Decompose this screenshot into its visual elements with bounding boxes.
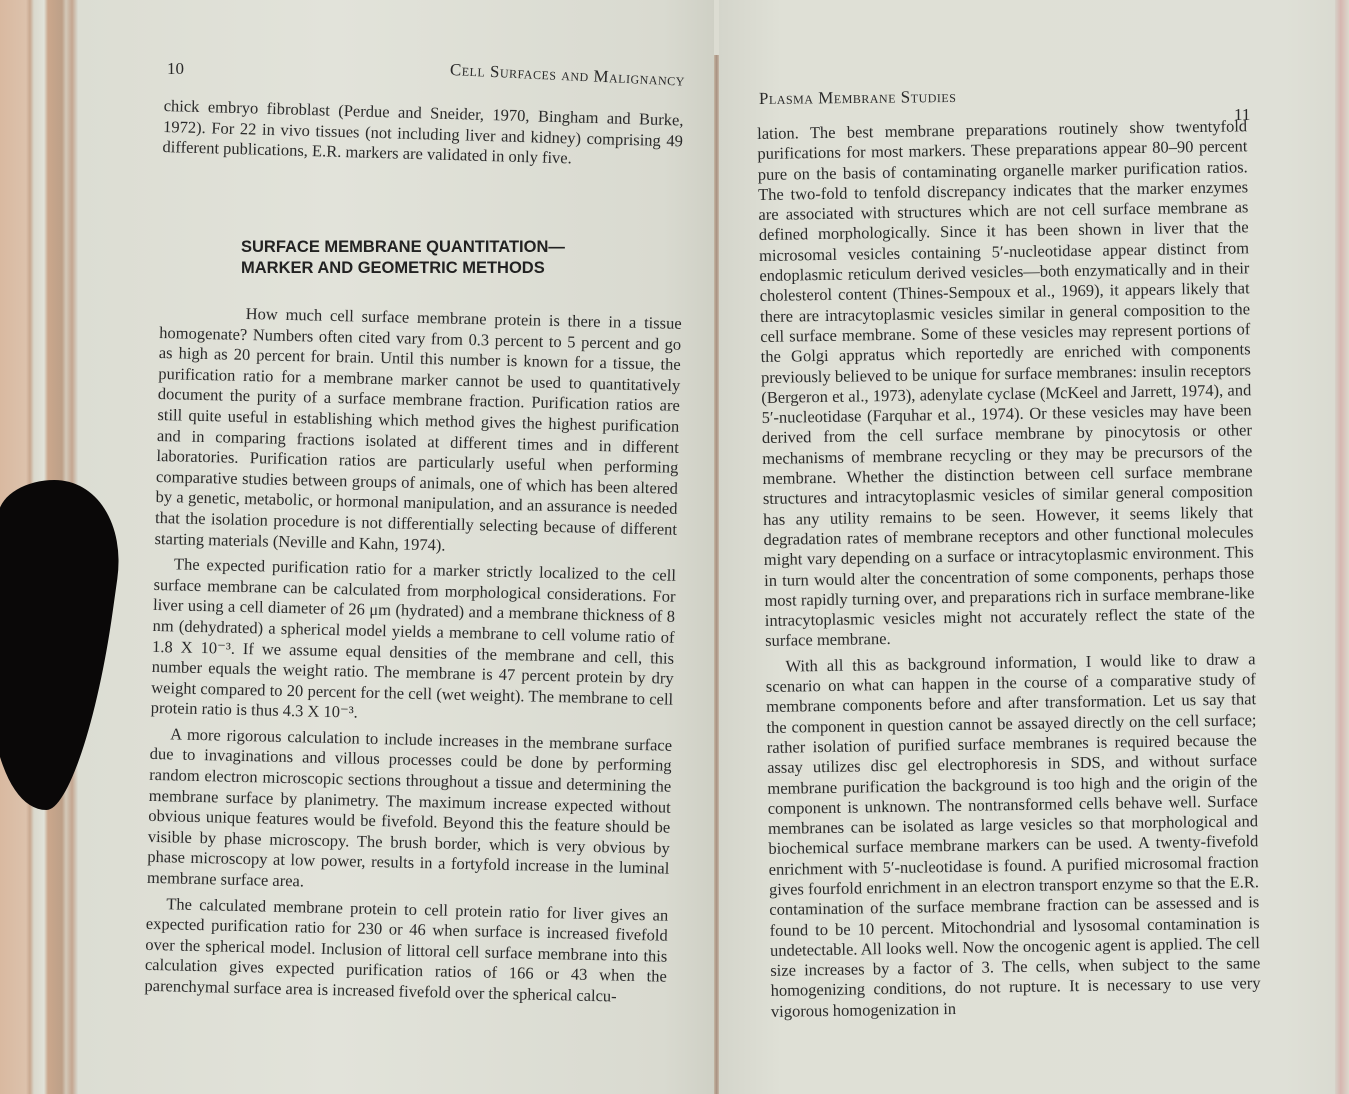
running-head: Cell Surfaces and Malignancy [450,60,686,91]
page-edge [1335,0,1349,1094]
paragraph: A more rigorous calculation to include i… [147,724,673,901]
continuation-text: chick embryo fibroblast (Perdue and Snei… [162,96,684,172]
paragraph: The calculated membrane protein to cell … [144,893,668,1008]
body-text: How much cell surface membrane protein i… [144,302,682,1008]
paragraph: How much cell surface membrane protein i… [154,302,681,561]
paragraph: With all this as background information,… [765,649,1261,1022]
paragraph: The expected purification ratio for a ma… [151,554,677,731]
paragraph: lation. The best membrane preparations r… [757,116,1255,651]
page-number: 10 [167,59,184,79]
left-page: 10 Cell Surfaces and Malignancy chick em… [78,0,714,1094]
body-text: lation. The best membrane preparations r… [757,116,1261,1022]
heading-line-1: SURFACE MEMBRANE QUANTITATION— [241,237,565,258]
heading-line-2: MARKER AND GEOMETRIC METHODS [241,258,565,279]
section-heading: SURFACE MEMBRANE QUANTITATION— MARKER AN… [241,237,565,279]
paragraph: chick embryo fibroblast (Perdue and Snei… [162,96,684,172]
right-page: Plasma Membrane Studies 11 lation. The b… [719,0,1349,1094]
running-head: Plasma Membrane Studies [759,87,957,109]
